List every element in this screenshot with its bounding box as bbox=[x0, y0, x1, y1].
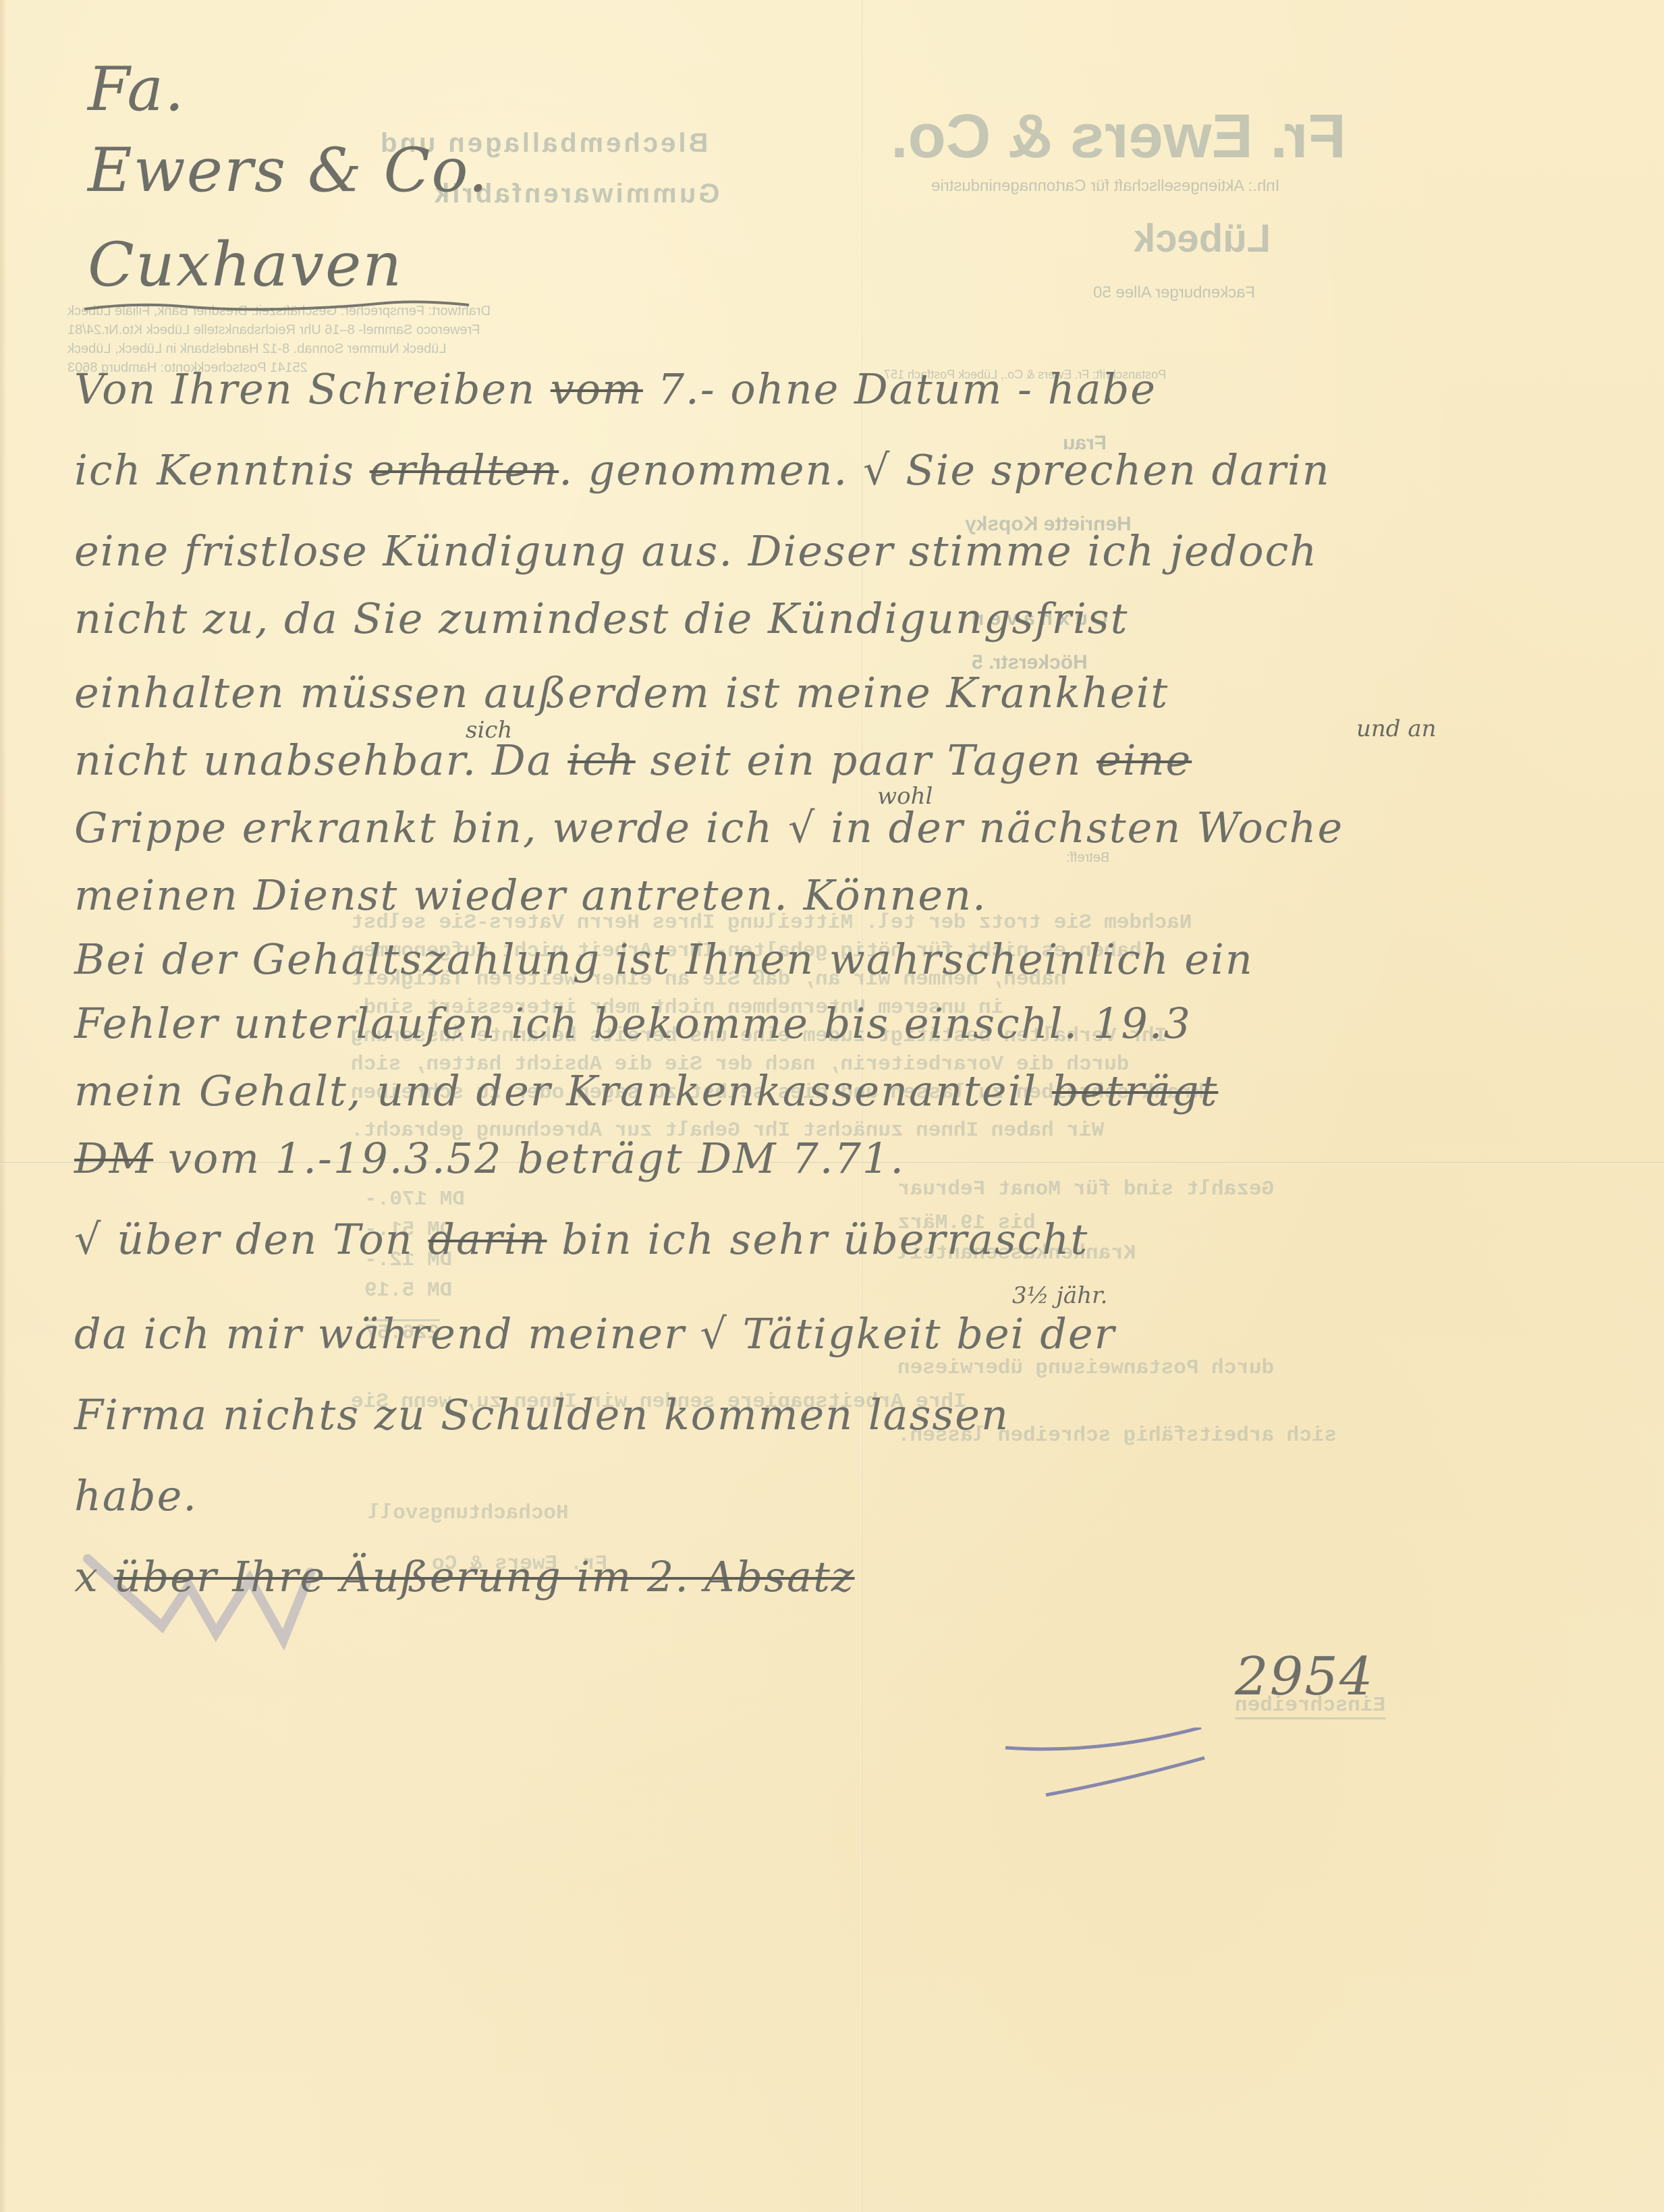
body-line-12: DM vom 1.-19.3.52 beträgt DM 7.71. bbox=[74, 1134, 905, 1183]
body-line-9: Bei der Gehaltszahlung ist Ihnen wahrsch… bbox=[74, 935, 1254, 984]
text: nicht zu, da Sie zumindest die Kündigung… bbox=[74, 594, 1129, 643]
bleed-amount-4: DM 5.19 bbox=[364, 1279, 452, 1302]
text: . genommen. √ Sie sprechen darin bbox=[559, 445, 1330, 495]
recipient-city: Cuxhaven bbox=[88, 229, 403, 300]
text: meinen Dienst wieder antreten. Können. bbox=[74, 870, 987, 920]
bleed-typed-line-9: Gezahlt sind für Monat Februar bbox=[897, 1178, 1274, 1201]
file-number: 2954 bbox=[1235, 1647, 1375, 1707]
text: vom 1.-19.3.52 beträgt DM 7.71. bbox=[153, 1134, 905, 1183]
body-line-1: Von Ihren Schreiben vom 7.- ohne Datum -… bbox=[74, 364, 1157, 414]
body-line-3: eine fristlose Kündigung aus. Dieser sti… bbox=[74, 526, 1318, 576]
body-line-4: nicht zu, da Sie zumindest die Kündigung… bbox=[74, 594, 1129, 643]
text: eine fristlose Kündigung aus. Dieser sti… bbox=[74, 526, 1318, 576]
body-line-2: ich Kenntnis erhalten. genommen. √ Sie s… bbox=[74, 445, 1331, 495]
bleed-company-name: Fr. Ewers & Co. bbox=[891, 101, 1346, 172]
recipient-company: Ewers & Co. bbox=[88, 135, 489, 206]
body-line-15: Firma nichts zu Schulden kommen lassen bbox=[74, 1390, 1009, 1439]
bleed-typed-line-12: durch Postanweisung überwiesen bbox=[897, 1356, 1274, 1380]
text: bin ich sehr überrascht bbox=[547, 1215, 1088, 1264]
struck-text: erhalten bbox=[370, 445, 559, 495]
text: Von Ihren Schreiben bbox=[74, 364, 551, 414]
struck-text: vom bbox=[551, 364, 643, 414]
bleed-city: Lübeck bbox=[1134, 216, 1271, 261]
bleed-street: Fackenburger Allee 50 bbox=[1093, 283, 1255, 302]
bleed-contact-row2: Freweroco Sammel- 8–16 Uhr Reichsbankste… bbox=[67, 323, 480, 338]
body-line-8: meinen Dienst wieder antreten. Können. bbox=[74, 870, 987, 920]
text: 7.- ohne Datum - habe bbox=[643, 364, 1157, 414]
bleed-closing: Hochachtungsvoll bbox=[368, 1501, 569, 1525]
insertion-wohl: wohl bbox=[877, 783, 933, 810]
text: da ich mir während meiner √ Tätigkeit be… bbox=[74, 1309, 1115, 1358]
struck-text: beträgt bbox=[1052, 1066, 1219, 1115]
struck-text: DM bbox=[74, 1134, 153, 1183]
body-line-11: mein Gehalt, und der Krankenkassenanteil… bbox=[74, 1066, 1218, 1115]
text: √ über den Ton bbox=[74, 1215, 428, 1264]
bleed-contact-row3: Lübeck Nummer Sonnab. 8-12 Handelsbank i… bbox=[67, 341, 446, 357]
recipient-prefix: Fa. bbox=[88, 54, 186, 125]
text: ich Kenntnis bbox=[74, 445, 370, 495]
text: x bbox=[74, 1552, 114, 1601]
bleed-amount-1: DM 170.- bbox=[364, 1188, 465, 1211]
struck-text: ich bbox=[567, 736, 635, 785]
paper-edge bbox=[0, 0, 7, 2212]
body-line-10: Fehler unterlaufen ich bekomme bis einsc… bbox=[74, 999, 1192, 1048]
struck-text: eine bbox=[1097, 736, 1192, 785]
letter-page: Fr. Ewers & Co. Inh.: Aktiengesellschaft… bbox=[0, 0, 1664, 2212]
body-line-17-struck-note: x über Ihre Äußerung im 2. Absatz bbox=[74, 1552, 855, 1601]
body-line-13: √ über den Ton darin bin ich sehr überra… bbox=[74, 1215, 1088, 1264]
insertion-und-an: und an bbox=[1356, 715, 1437, 742]
text: Firma nichts zu Schulden kommen lassen bbox=[74, 1390, 1009, 1439]
text: Fehler unterlaufen ich bekomme bis einsc… bbox=[74, 999, 1192, 1048]
text: mein Gehalt, und der Krankenkassenanteil bbox=[74, 1066, 1052, 1115]
struck-text: darin bbox=[428, 1215, 547, 1264]
text: Grippe erkrankt bin, werde ich √ in der … bbox=[74, 803, 1343, 852]
text: habe. bbox=[74, 1471, 198, 1520]
recipient-underline bbox=[81, 297, 472, 317]
body-line-7: Grippe erkrankt bin, werde ich √ in der … bbox=[74, 803, 1343, 852]
body-line-16: habe. bbox=[74, 1471, 198, 1520]
text: Bei der Gehaltszahlung ist Ihnen wahrsch… bbox=[74, 935, 1254, 984]
file-number-underline bbox=[999, 1727, 1269, 1802]
text: einhalten müssen außerdem ist meine Kran… bbox=[74, 668, 1169, 717]
body-line-5: einhalten müssen außerdem ist meine Kran… bbox=[74, 668, 1169, 717]
body-line-14: da ich mir während meiner √ Tätigkeit be… bbox=[74, 1309, 1115, 1358]
body-line-6: nicht unabsehbar. Da ich seit ein paar T… bbox=[74, 736, 1192, 785]
bleed-betreff: Betreff: bbox=[1066, 850, 1109, 866]
insertion-sich: sich bbox=[466, 717, 512, 744]
text: seit ein paar Tagen bbox=[636, 736, 1097, 785]
insertion-3-5-jaehr: 3½ jähr. bbox=[1012, 1282, 1107, 1309]
bleed-company-subtitle: Inh.: Aktiengesellschaft für Cartonnagen… bbox=[931, 177, 1279, 196]
struck-text: über Ihre Äußerung im 2. Absatz bbox=[114, 1552, 855, 1601]
